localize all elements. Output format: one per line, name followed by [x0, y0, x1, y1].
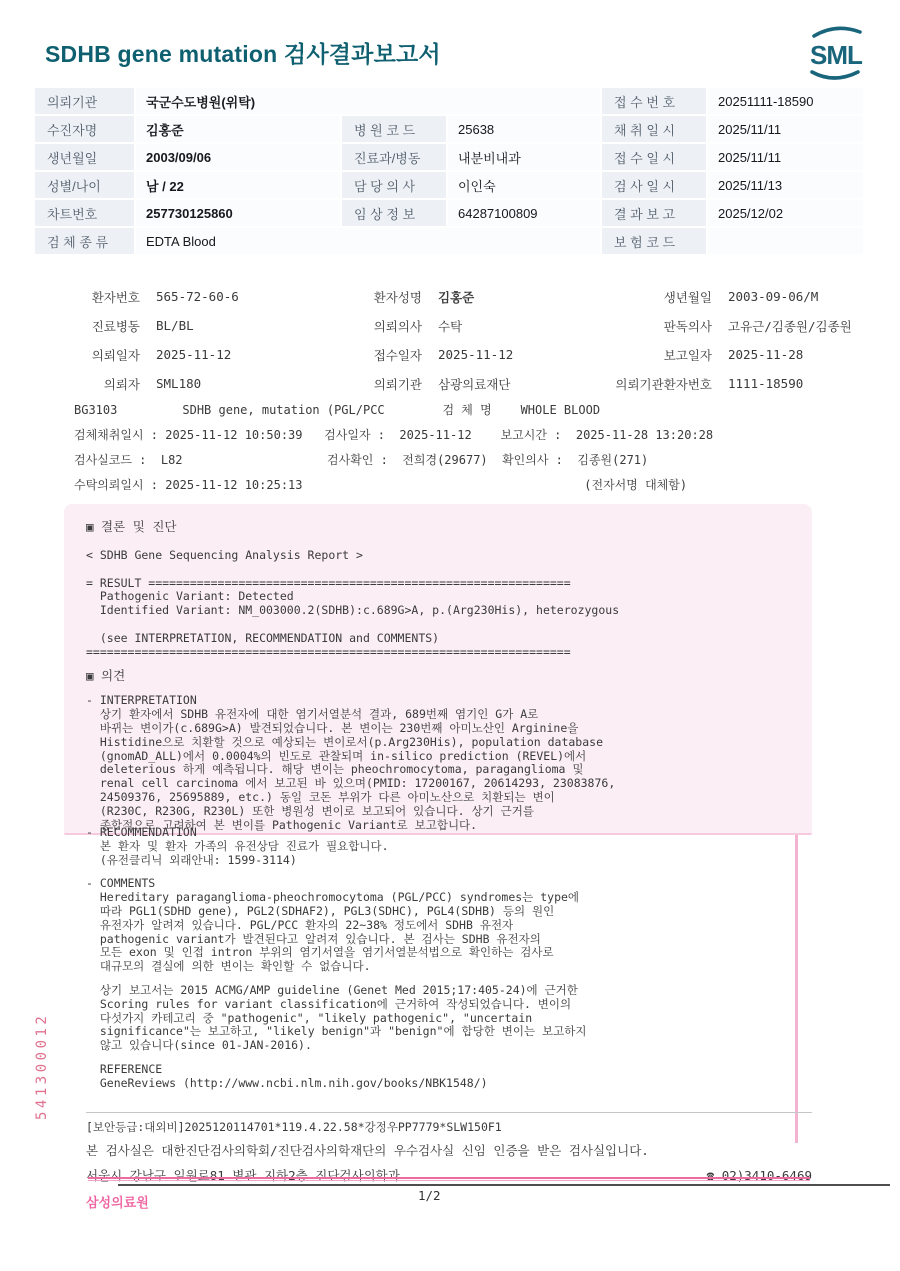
security-line: [보안등급:대외비]2025120114701*119.4.22.58*강정우P… — [86, 1119, 812, 1135]
scan-value-report-date: 2025-11-28 — [728, 340, 852, 369]
scan-label-report-date: 보고일자 — [602, 340, 712, 369]
patient-info-grid: 환자번호 565-72-60-6 환자성명 김홍준 생년월일 2003-09-0… — [58, 282, 852, 398]
footer-info: [보안등급:대외비]2025120114701*119.4.22.58*강정우P… — [86, 1112, 812, 1184]
reference-block: REFERENCE GeneReviews (http://www.ncbi.n… — [86, 1063, 790, 1091]
scan-value-ward: BL/BL — [156, 311, 324, 340]
scan-value-request-date: 2025-11-12 — [156, 340, 324, 369]
page-number: 1/2 — [418, 1188, 441, 1203]
footer-pink-rule — [88, 1177, 810, 1181]
interpretation-block: - INTERPRETATION 상기 환자에서 SDHB 유전자에 대한 염기… — [86, 694, 790, 832]
scan-value-org-patient-no: 1111-18590 — [728, 369, 852, 398]
scanned-report: 환자번호 565-72-60-6 환자성명 김홍준 생년월일 2003-09-0… — [0, 0, 900, 1271]
scan-value-requesting-org: 삼광의료재단 — [438, 369, 586, 398]
scan-label-org-patient-no: 의뢰기관환자번호 — [602, 369, 712, 398]
comments-block: - COMMENTS Hereditary paraganglioma-pheo… — [86, 877, 790, 974]
scan-value-birth-date: 2003-09-06/M — [728, 282, 852, 311]
scan-value-patient-name: 김홍준 — [438, 282, 586, 311]
test-order-block: BG3103 SDHB gene, mutation (PGL/PCC 검 체 … — [74, 398, 713, 498]
recommendation-block: - RECOMMENDATION 본 환자 및 환자 가족의 유전상담 진료가 … — [86, 826, 790, 867]
scan-label-receipt-date: 접수일자 — [340, 340, 422, 369]
accession-sidebar-number: 541300012 — [34, 1013, 50, 1120]
scan-label-patient-name: 환자성명 — [340, 282, 422, 311]
scan-value-referring-doctor: 수탁 — [438, 311, 586, 340]
address-text: 서울시 강남구 일원로81 별관 지하2층 진단검사의학과 — [86, 1168, 400, 1184]
acmg-note-block: 상기 보고서는 2015 ACMG/AMP guideline (Genet M… — [86, 984, 790, 1053]
accreditation-line: 본 검사실은 대한진단검사의학회/진단검사의학재단의 우수검사실 신임 인증을 … — [86, 1143, 812, 1159]
conclusion-heading: ▣ 결론 및 진단 — [86, 518, 790, 535]
opinion-heading: ▣ 의견 — [86, 667, 790, 684]
scan-label-requester: 의뢰자 — [58, 369, 140, 398]
scan-value-receipt-date: 2025-11-12 — [438, 340, 586, 369]
scan-label-birth-date: 생년월일 — [602, 282, 712, 311]
scan-label-referring-doctor: 의뢰의사 — [340, 311, 422, 340]
footer-gray-rule — [118, 1184, 890, 1186]
scan-value-requester: SML180 — [156, 369, 324, 398]
phone-number: ☎ 02)3410-6469 — [707, 1168, 812, 1184]
report-page: SDHB gene mutation 검사결과보고서 SML 의뢰기관 국군수도… — [0, 0, 900, 1271]
address-row: 서울시 강남구 일원로81 별관 지하2층 진단검사의학과 ☎ 02)3410-… — [86, 1168, 812, 1184]
scan-value-reading-doctor: 고유근/김종원/김종원 — [728, 311, 852, 340]
scan-value-patient-no: 565-72-60-6 — [156, 282, 324, 311]
scan-label-request-date: 의뢰일자 — [58, 340, 140, 369]
result-block: < SDHB Gene Sequencing Analysis Report >… — [86, 549, 790, 659]
scan-label-ward: 진료병동 — [58, 311, 140, 340]
conclusion-section: ▣ 결론 및 진단 < SDHB Gene Sequencing Analysi… — [64, 504, 812, 835]
scan-label-patient-no: 환자번호 — [58, 282, 140, 311]
opinion-continuation: - RECOMMENDATION 본 환자 및 환자 가족의 유전상담 진료가 … — [64, 826, 812, 1101]
hospital-brand: 삼성의료원 — [86, 1192, 149, 1211]
scan-label-requesting-org: 의뢰기관 — [340, 369, 422, 398]
scan-label-reading-doctor: 판독의사 — [602, 311, 712, 340]
